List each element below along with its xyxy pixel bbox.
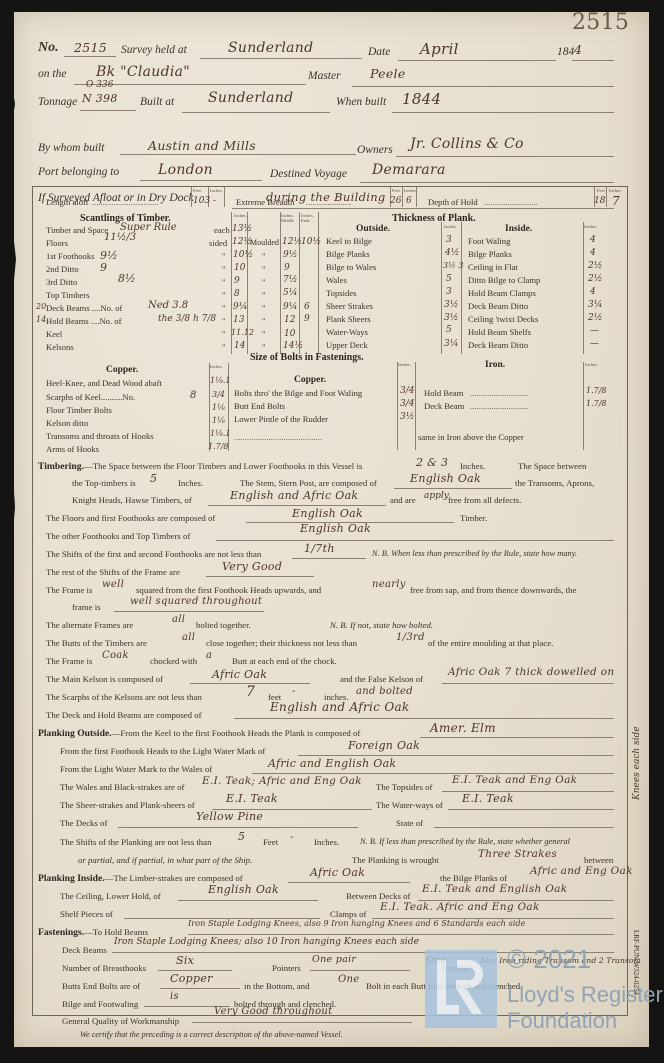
- no-value: 2515: [74, 40, 107, 55]
- when-built-line: [392, 112, 614, 113]
- survey-held-at-label: Survey held at: [121, 44, 187, 56]
- field-line: [158, 970, 232, 971]
- bolt-label: Butt End Bolts: [234, 401, 285, 411]
- scantling-row-label: Hold Beams ....No. of: [46, 316, 121, 326]
- text: Inches.: [178, 478, 203, 488]
- date-line: [398, 60, 556, 61]
- plank-inside-label: Bilge Planks: [468, 249, 512, 259]
- scantling-sided: 10½: [233, 250, 253, 260]
- divider: [583, 362, 584, 450]
- chocked-with-value: a: [206, 650, 212, 661]
- scantling-row-suffix: ": [222, 251, 226, 261]
- divider: [318, 212, 319, 354]
- text: frame is: [72, 602, 101, 612]
- field-line: [178, 900, 318, 901]
- butts-value: all: [182, 632, 195, 643]
- when-built-label: When built: [336, 96, 386, 108]
- deck-beams-fastening-value: Iron Staple Lodging Knees; also 10 Iron …: [114, 936, 419, 947]
- port-label: Port belonging to: [38, 166, 119, 178]
- text: and the False Kelson of: [340, 674, 423, 684]
- text: Feet: [263, 837, 278, 847]
- main-kelson-value: Afric Oak: [212, 668, 267, 681]
- scantling-row-suffix: ": [222, 290, 226, 300]
- sap-value: nearly: [372, 579, 406, 590]
- text: The Sheer-strakes and Plank-sheers of: [60, 800, 195, 810]
- voyage-line: [360, 182, 614, 183]
- scantling-row-suffix: sided: [209, 238, 227, 248]
- text: chocked with: [150, 656, 197, 666]
- workmanship-value: Very Good throughout: [214, 1006, 332, 1017]
- bolt-value: 1⅛.1: [210, 429, 230, 438]
- bolt-label: Deck Beam: [424, 401, 464, 411]
- bolts-copper-title-left: Copper.: [106, 365, 138, 375]
- text: The Shifts of the first and second Footh…: [46, 549, 261, 559]
- defects-value: apply: [424, 491, 449, 501]
- bolts-title: Size of Bolts in Fastenings.: [250, 352, 364, 363]
- leader-dots: ...........................: [470, 388, 528, 398]
- ditto-mark: ": [262, 303, 266, 313]
- bolt-label: Heel-Knee, and Dead Wood abaft: [46, 378, 162, 388]
- plank-inside-title: Inside.: [505, 224, 532, 234]
- text: Butts End Bolts are of: [62, 981, 140, 991]
- scantling-row-suffix: ": [222, 303, 226, 313]
- text: The rest of the Shifts of the Frame are: [46, 567, 180, 577]
- breadth-inches: 6: [406, 196, 412, 206]
- year-line: [572, 60, 614, 61]
- voyage-label: Destined Voyage: [270, 168, 347, 180]
- scantling-row-note: Ned 3.8: [148, 300, 188, 311]
- plank-outside-label: Bilge to Wales: [326, 262, 376, 272]
- divider: [606, 187, 607, 207]
- scantling-middle: 9¼: [283, 302, 297, 312]
- text: the Transoms, Aprons,: [515, 478, 594, 488]
- built-at-value: Sunderland: [208, 90, 293, 106]
- text: The Scarphs of the Kelsons are not less …: [46, 692, 202, 702]
- plank-outside-label: Bilge Planks: [326, 249, 370, 259]
- note-text: N. B. If not, state how bolted.: [330, 620, 433, 630]
- text: The Deck and Hold Beams are composed of: [46, 710, 202, 720]
- note-text: or partial, and if partial, in what part…: [78, 855, 252, 865]
- scantling-row-note: 9: [100, 261, 107, 274]
- field-line: [292, 558, 366, 559]
- scarphs-note-value: and bolted: [356, 686, 413, 697]
- inches-header: Inches.: [609, 188, 622, 193]
- built-at-label: Built at: [140, 96, 174, 108]
- top-timbers-value: 5: [150, 472, 157, 485]
- bolt-label: Hold Beam: [424, 388, 463, 398]
- planking-inside-heading: Planking Inside.: [38, 873, 105, 884]
- divider: [224, 187, 225, 207]
- foothook-plank-value: Foreign Oak: [348, 739, 420, 752]
- voyage-value: Demarara: [372, 162, 446, 178]
- timbering-heading: Timbering.: [38, 461, 84, 472]
- plank-outside-value: 3¼: [444, 339, 458, 349]
- text: Between Decks of: [346, 891, 411, 901]
- plank-inside-value: 4: [590, 248, 596, 258]
- divider: [402, 187, 403, 207]
- scantling-row-note: 11½/3: [104, 232, 136, 243]
- plank-inside-label: Ceiling in Flat: [468, 262, 518, 272]
- divider: [441, 222, 442, 354]
- bolt-label: Scarphs of Keel..........No.: [46, 392, 135, 402]
- keel-plank-value: Amer. Elm: [430, 721, 496, 735]
- between-decks-value: E.I. Teak and English Oak: [422, 883, 567, 895]
- length-feet: 103: [193, 196, 210, 206]
- no-label: No.: [38, 40, 59, 56]
- scantling-sided: 11.12: [231, 328, 254, 337]
- plank-outside-label: Sheer Strakes: [326, 301, 373, 311]
- year-printed: 184: [557, 46, 574, 58]
- by-whom-line: [120, 154, 356, 155]
- field-line: [234, 718, 614, 719]
- lr-logo: [425, 950, 497, 1028]
- text: The Butts of the Timbers are: [46, 638, 147, 648]
- text: between: [584, 855, 613, 865]
- plank-outside-value: 5: [446, 274, 452, 284]
- water-ways-value: E.I. Teak: [462, 792, 514, 805]
- text: bolted together.: [196, 620, 251, 630]
- port-value: London: [158, 162, 213, 178]
- scantling-row-note: 8½: [118, 272, 136, 285]
- plank-inside-label: Ceiling 'twixt Decks: [468, 314, 538, 324]
- bolts-iron-title: Iron.: [485, 360, 505, 370]
- ditto-mark: ": [262, 316, 266, 326]
- depth-feet: 18: [594, 196, 605, 206]
- feet-header: Feet.: [597, 188, 606, 193]
- date-value: April: [420, 40, 459, 58]
- inches-header: Inches.: [234, 213, 247, 218]
- corner-number: 2515: [572, 10, 629, 35]
- scantling-row-suffix: each: [214, 225, 230, 235]
- scantling-row-label: 1st Foothooks: [46, 251, 94, 261]
- ditto-mark: ": [262, 277, 266, 287]
- owners-line: [396, 156, 614, 157]
- scantling-middle: 7½: [283, 275, 297, 285]
- plank-outside-label: Water-Ways: [326, 327, 368, 337]
- bilge-planks-value: Afric and Eng Oak: [530, 865, 633, 877]
- scantling-middle: 5¼: [283, 288, 297, 298]
- by-whom-built-label: By whom built: [38, 142, 104, 154]
- same-in-iron-text: same in Iron above the Copper: [418, 432, 524, 442]
- plank-inside-label: Foot Waling: [468, 236, 510, 246]
- butt-bolts-value: Copper: [170, 972, 213, 985]
- field-line: [288, 882, 410, 883]
- stem-value: English Oak: [410, 472, 481, 485]
- divider: [191, 187, 192, 207]
- depth-label: Depth of Hold: [428, 197, 478, 207]
- divider: [299, 212, 300, 354]
- scantling-middle: 9: [284, 263, 290, 273]
- owners-value: Jr. Collins & Co: [410, 136, 524, 152]
- length-label: Length aloft: [46, 197, 88, 207]
- ditto-mark: ": [262, 342, 266, 352]
- watermark-copyright: © 2021: [507, 944, 591, 975]
- middle-header: Inches. Middle: [281, 213, 297, 223]
- bolt-value: 1.7/8: [586, 399, 607, 408]
- plank-outside-label: Plank Sheers: [326, 314, 371, 324]
- text: The Shifts of the Planking are not less …: [60, 837, 211, 847]
- bolt-label: Kelson ditto: [46, 418, 88, 428]
- field-line: [298, 755, 614, 756]
- field-line: [208, 505, 386, 506]
- scarphs-inches-value: -: [292, 686, 296, 697]
- field-line: [188, 934, 614, 935]
- field-line: [434, 827, 614, 828]
- moulded-label: Moulded: [250, 238, 279, 247]
- note-text: N. B. When less than prescribed by the R…: [372, 549, 577, 558]
- text: General Quality of Workmanship: [62, 1016, 179, 1026]
- wales-blackstrakes-value: E.I. Teak; Afric and Eng Oak: [202, 775, 362, 787]
- shifts-value: 1/7th: [304, 542, 335, 555]
- text: —From the Keel to the first Foothook Hea…: [112, 728, 361, 738]
- text: Inches.: [460, 461, 485, 471]
- bolt-value: 3/4: [400, 386, 414, 396]
- limber-strakes-value: Afric Oak: [310, 866, 365, 879]
- on-the-value: Bk "Claudia": [96, 64, 190, 80]
- scantling-row-label: Timber and Space: [46, 225, 108, 235]
- field-line: [442, 683, 614, 684]
- plank-inside-label: Hold Beam Clamps: [468, 288, 536, 298]
- tonnage-above: O 336: [86, 80, 113, 90]
- plank-outside-label: Topsides: [326, 288, 356, 298]
- plank-inside-value: —: [590, 339, 599, 349]
- scantling-middle: 10: [284, 329, 295, 339]
- plank-inside-label: Ditto Bilge to Clamp: [468, 275, 540, 285]
- text: in the Bottom, and: [244, 981, 309, 991]
- plank-outside-value: 3½ 3: [443, 261, 463, 270]
- bolt-value: 3/4: [212, 390, 225, 399]
- when-built-value: 1844: [402, 90, 441, 108]
- date-label: Date: [368, 46, 390, 58]
- feet-header: Feet.: [392, 188, 401, 193]
- divider: [280, 212, 281, 354]
- scantling-row-label: Keel: [46, 329, 62, 339]
- plank-outside-value: 3: [446, 235, 452, 245]
- length-dots: ...............................: [92, 197, 159, 207]
- divider: [397, 362, 398, 450]
- watermark-line2: Foundation: [507, 1008, 617, 1034]
- scantling-ends: 9: [304, 314, 310, 324]
- plank-inside-value: 2½: [588, 274, 602, 284]
- text: —The Space between the Floor Timbers and…: [84, 461, 362, 471]
- sheer-strakes-value: E.I. Teak: [226, 792, 278, 805]
- fastenings-heading: Fastenings.: [38, 927, 84, 938]
- field-line: [160, 988, 240, 989]
- bolt-label: Arms of Hooks: [46, 444, 99, 454]
- decks-value: Yellow Pine: [196, 810, 263, 823]
- bolt-label: Floor Timber Bolts: [46, 405, 112, 415]
- text: free from sap, and from thence downwards…: [410, 585, 576, 595]
- text: the Top-timbers is: [72, 478, 136, 488]
- text: Number of Breasthooks: [62, 963, 146, 973]
- text: The Frame is: [46, 656, 92, 666]
- lr-logo-icon: [425, 950, 497, 1028]
- planking-wrought-value: Three Strakes: [478, 848, 557, 860]
- frame-chocked-value: Coak: [102, 650, 129, 661]
- text: Bilge and Footwaling: [62, 999, 138, 1009]
- tonnage-line: [80, 110, 136, 111]
- no-line: [64, 56, 116, 57]
- shifts-feet-value: 5: [238, 830, 245, 843]
- plank-outside-value: 5: [446, 325, 452, 335]
- scantling-row-label: 3rd Ditto: [46, 277, 77, 287]
- foothooks-value: English Oak: [300, 522, 371, 535]
- divider: [461, 222, 462, 354]
- master-line: [352, 86, 614, 87]
- leader-dots: ........................................…: [234, 432, 322, 442]
- text: The Floors and first Foothooks are compo…: [46, 513, 215, 523]
- scantling-row-prefix: 20: [36, 302, 46, 311]
- frame-value: well squared throughout: [130, 596, 262, 607]
- scantling-middle: 12: [284, 315, 295, 325]
- tonnage-label: Tonnage: [38, 96, 77, 108]
- note-text: N. B. If less than prescribed by the Rul…: [360, 837, 570, 846]
- inches-header: Inches.: [210, 364, 223, 369]
- ditto-mark: ": [262, 329, 266, 339]
- plank-inside-value: 3¼: [588, 300, 602, 310]
- text: Knight Heads, Hawse Timbers, of: [72, 495, 192, 505]
- scantling-sided: 8: [234, 289, 240, 299]
- pointers-value: One pair: [312, 954, 356, 965]
- field-line: [394, 488, 512, 489]
- text: From the first Foothook Heads to the Lig…: [60, 746, 265, 756]
- timbering-line-1: Timbering.—The Space between the Floor T…: [38, 461, 362, 472]
- field-line: [192, 1022, 412, 1023]
- plank-outside-value: 3½: [444, 300, 458, 310]
- scantling-row-label: 2nd Ditto: [46, 264, 79, 274]
- by-whom-built-value: Austin and Mills: [148, 138, 256, 153]
- bolt-value: 3/4: [400, 399, 414, 409]
- length-inches: -: [213, 196, 216, 206]
- survey-line: [200, 58, 362, 59]
- text: The Decks of: [60, 818, 107, 828]
- text: The Planking is wrought: [352, 855, 439, 865]
- scarphs-feet-value: 7: [246, 684, 255, 700]
- text: Butt at each end of the chock.: [232, 656, 337, 666]
- text: State of: [396, 818, 423, 828]
- footwaling-value: is: [170, 991, 179, 1002]
- clamps-value: E.I. Teak. Afric and Eng Oak: [380, 901, 540, 913]
- text: The Wales and Black-strakes are of: [60, 782, 184, 792]
- text: The Stem, Stern Post, are composed of: [240, 478, 377, 488]
- year-hand: 4: [574, 42, 582, 57]
- scantling-row-label: Deck Beams ....No. of: [46, 303, 122, 313]
- plank-inside-value: 2½: [588, 313, 602, 323]
- bolt-value: 1⅛.1: [210, 376, 230, 385]
- field-line: [114, 611, 264, 612]
- text: Inches.: [314, 837, 339, 847]
- scantling-row-suffix: ": [222, 277, 226, 287]
- text: The Water-ways of: [376, 800, 443, 810]
- depth-inches: 7: [612, 194, 620, 208]
- wales-plank-value: Afric and English Oak: [268, 757, 396, 770]
- inches-header: Inches.: [398, 362, 411, 367]
- text: The Ceiling, Lower Hold, of: [60, 891, 161, 901]
- shifts-inches-value: -: [290, 832, 294, 843]
- hold-beams-fastening-value: Iron Staple Lodging Knees, also 9 Iron h…: [188, 918, 525, 928]
- text: The alternate Frames are: [46, 620, 133, 630]
- owners-label: Owners: [357, 144, 393, 156]
- breasthooks-value: Six: [176, 954, 194, 967]
- margin-reference: LRF-PUN-W324-0254: [632, 930, 640, 995]
- field-line: [216, 540, 614, 541]
- scantling-ends: 6: [304, 302, 310, 312]
- alternate-frames-value: all: [172, 614, 185, 625]
- bolt-extra: 8: [190, 390, 196, 401]
- master-value: Peele: [370, 66, 406, 81]
- planking-outside-line-1: Planking Outside.—From the Keel to the f…: [38, 728, 360, 739]
- depth-dots: .........................: [484, 197, 538, 207]
- inches-header: Inches.: [404, 188, 417, 193]
- divider: [416, 187, 417, 207]
- plank-outside-value: 3: [446, 287, 452, 297]
- leader-dots: ...........................: [470, 401, 528, 411]
- text: squared from the first Foothook Heads up…: [136, 585, 321, 595]
- port-line: [140, 180, 262, 181]
- master-label: Master: [308, 70, 341, 82]
- scantling-row-label: Top Timbers: [46, 290, 90, 300]
- ends-header: Inches. Ends: [301, 213, 317, 223]
- text: The Space between: [518, 461, 586, 471]
- plank-inside-label: Deck Beam Ditto: [468, 340, 528, 350]
- plank-inside-label: Hold Beam Shelfs: [468, 327, 531, 337]
- butt-bolts-count-value: One: [338, 974, 359, 985]
- text: The other Foothooks and Top Timbers of: [46, 531, 190, 541]
- built-at-line: [182, 112, 330, 113]
- bolt-label: Lower Pintle of the Rudder: [234, 414, 328, 424]
- text: Pointers: [272, 963, 301, 973]
- text: The Topsides of: [376, 782, 432, 792]
- plank-outside-label: Upper Deck: [326, 340, 368, 350]
- survey-held-at-value: Sunderland: [228, 40, 313, 56]
- field-line: [310, 970, 410, 971]
- text: The Frame is: [46, 585, 92, 595]
- scantling-row-label: Floors: [46, 238, 68, 248]
- scantling-sided: 13: [233, 315, 244, 325]
- scantling-row-suffix: ": [222, 329, 226, 339]
- bolt-label: Bolts thro' the Bilge and Foot Waling: [234, 388, 362, 398]
- text: From the Light Water Mark to the Wales o…: [60, 764, 212, 774]
- scantling-middle: 12½: [282, 237, 302, 247]
- timbering-space-value: 2 & 3: [416, 456, 448, 469]
- text: The Main Kelson is composed of: [46, 674, 163, 684]
- scantling-row-suffix: ": [222, 316, 226, 326]
- scantling-middle: 9½: [283, 250, 297, 260]
- plank-inside-value: 2½: [588, 261, 602, 271]
- plank-outside-label: Wales: [326, 275, 347, 285]
- text: of the entire moulding at that place.: [428, 638, 553, 648]
- floors-value: English Oak: [292, 507, 363, 520]
- scantling-row-suffix: ": [222, 264, 226, 274]
- divider: [415, 362, 416, 450]
- ditto-mark: ": [262, 251, 266, 261]
- scantling-middle: 14½: [283, 341, 303, 351]
- plank-outside-label: Keel to Bilge: [326, 236, 372, 246]
- inches-header: Inches.: [585, 362, 598, 367]
- bolt-value: 1.7/8: [208, 442, 229, 451]
- bolts-copper-title-mid: Copper.: [294, 375, 326, 385]
- scantling-ends: 10½: [301, 237, 321, 247]
- field-line: [420, 737, 614, 738]
- text: close together; their thickness not less…: [206, 638, 357, 648]
- divider: [583, 222, 584, 354]
- margin-note: Knees each side: [632, 726, 642, 800]
- scantling-row-note: the 3/8 h 7/8: [158, 314, 216, 324]
- certify-text: We certify that the preceding is a corre…: [80, 1030, 343, 1039]
- tonnage-value: N 398: [82, 92, 118, 105]
- hawse-value: English and Afric Oak: [230, 489, 358, 502]
- text: —The Limber-strakes are composed of: [105, 873, 243, 883]
